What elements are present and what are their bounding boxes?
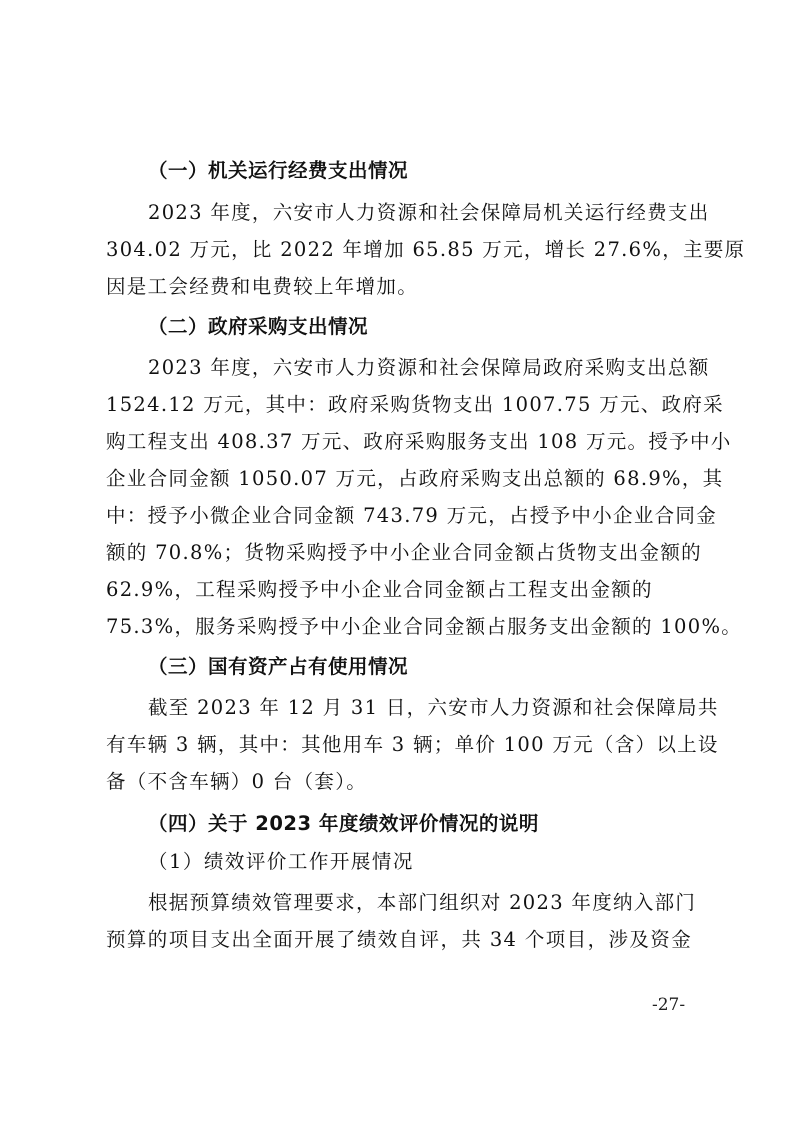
paragraph-line: 中：授予小微企业合同金额 743.79 万元，占授予中小企业合同金: [106, 503, 692, 529]
paragraph-line: 304.02 万元，比 2022 年增加 65.85 万元，增长 27.6%，主…: [106, 237, 692, 263]
paragraph-line: 额的 70.8%；货物采购授予中小企业合同金额占货物支出金额的: [106, 540, 692, 566]
section-heading-state-assets: （三）国有资产占有使用情况: [148, 654, 408, 680]
paragraph-line: 62.9%，工程采购授予中小企业合同金额占工程支出金额的: [106, 577, 692, 603]
paragraph-line: 根据预算绩效管理要求，本部门组织对 2023 年度纳入部门: [106, 890, 692, 916]
section-heading-operating-expenses: （一）机关运行经费支出情况: [148, 158, 408, 184]
section-heading-performance-evaluation: （四）关于 2023 年度绩效评价情况的说明: [148, 811, 539, 837]
paragraph-line: 2023 年度，六安市人力资源和社会保障局政府采购支出总额: [106, 355, 692, 381]
paragraph-line: 预算的项目支出全面开展了绩效自评，共 34 个项目，涉及资金: [106, 927, 692, 953]
paragraph-line: 1524.12 万元，其中：政府采购货物支出 1007.75 万元、政府采: [106, 392, 692, 418]
paragraph-line: 因是工会经费和电费较上年增加。: [106, 274, 692, 300]
paragraph-line: 75.3%，服务采购授予中小企业合同金额占服务支出金额的 100%。: [106, 614, 692, 640]
paragraph-line: 有车辆 3 辆，其中：其他用车 3 辆；单价 100 万元（含）以上设: [106, 732, 692, 758]
paragraph-line: 2023 年度，六安市人力资源和社会保障局机关运行经费支出: [106, 200, 692, 226]
paragraph-line: 购工程支出 408.37 万元、政府采购服务支出 108 万元。授予中小: [106, 429, 692, 455]
page-number: -27-: [652, 994, 685, 1016]
paragraph-line: 备（不含车辆）0 台（套）。: [106, 769, 692, 795]
section-heading-procurement: （二）政府采购支出情况: [148, 314, 368, 340]
paragraph-line: 企业合同金额 1050.07 万元，占政府采购支出总额的 68.9%，其: [106, 466, 692, 492]
paragraph-line: 截至 2023 年 12 月 31 日，六安市人力资源和社会保障局共: [106, 695, 692, 721]
subsection-heading-evaluation-work: （1）绩效评价工作开展情况: [148, 849, 414, 875]
